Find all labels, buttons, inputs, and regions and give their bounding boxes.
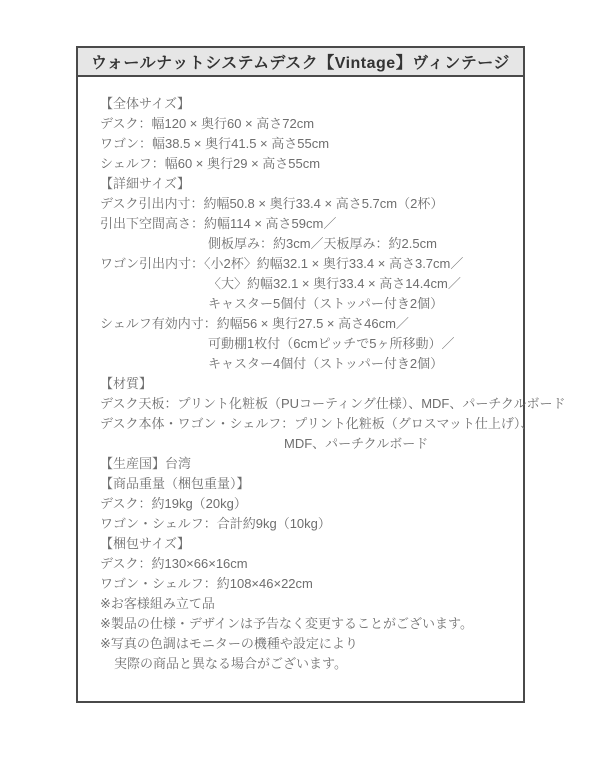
spec-section-heading: 【商品重量（梱包重量）】 (100, 474, 513, 494)
spec-section-heading: 【梱包サイズ】 (100, 534, 513, 554)
spec-line: ワゴン・シェルフ：合計約9kg（10kg） (100, 514, 513, 534)
spec-section-heading: 【生産国】台湾 (100, 454, 513, 474)
spec-line: デスク：約19kg（20kg） (100, 494, 513, 514)
spec-line: デスク本体・ワゴン・シェルフ：プリント化粧板（グロスマット仕上げ）、 (100, 414, 513, 434)
spec-line: 引出下空間高さ：約幅114 × 高さ59cm／ (100, 214, 513, 234)
spec-note-continuation: 実際の商品と異なる場合がございます。 (100, 654, 513, 674)
spec-line: シェルフ有効内寸：約幅56 × 奥行27.5 × 高さ46cm／ (100, 314, 513, 334)
spec-line: デスク：幅120 × 奥行60 × 高さ72cm (100, 114, 513, 134)
spec-note: ※写真の色調はモニターの機種や設定により (100, 634, 513, 654)
product-title-bar: ウォールナットシステムデスク【Vintage】ヴィンテージ (78, 48, 523, 77)
spec-section-heading: 【材質】 (100, 374, 513, 394)
spec-section-heading: 【詳細サイズ】 (100, 174, 513, 194)
spec-line: ワゴン：幅38.5 × 奥行41.5 × 高さ55cm (100, 134, 513, 154)
spec-line-continuation: 可動棚1枚付（6cmピッチで5ヶ所移動）／ (100, 334, 513, 354)
spec-line: ワゴン・シェルフ：約108×46×22cm (100, 574, 513, 594)
spec-line: ワゴン引出内寸：〈小2杯〉約幅32.1 × 奥行33.4 × 高さ3.7cm／ (100, 254, 513, 274)
spec-section-heading: 【全体サイズ】 (100, 94, 513, 114)
spec-line-continuation: 〈大〉約幅32.1 × 奥行33.4 × 高さ14.4cm／ (100, 274, 513, 294)
spec-line: デスク：約130×66×16cm (100, 554, 513, 574)
spec-line-continuation: 側板厚み：約3cm／天板厚み：約2.5cm (100, 234, 513, 254)
spec-note: ※お客様組み立て品 (100, 594, 513, 614)
spec-line: デスク天板：プリント化粧板（PUコーティング仕様）、MDF、パーチクルボード (100, 394, 513, 414)
spec-line-continuation: キャスター4個付（ストッパー付き2個） (100, 354, 513, 374)
spec-line-continuation: MDF、パーチクルボード (100, 434, 513, 454)
spec-body: 【全体サイズ】 デスク：幅120 × 奥行60 × 高さ72cm ワゴン：幅38… (78, 77, 523, 674)
spec-line: シェルフ：幅60 × 奥行29 × 高さ55cm (100, 154, 513, 174)
spec-line: デスク引出内寸：約幅50.8 × 奥行33.4 × 高さ5.7cm（2杯） (100, 194, 513, 214)
spec-line-continuation: キャスター5個付（ストッパー付き2個） (100, 294, 513, 314)
spec-note: ※製品の仕様・デザインは予告なく変更することがございます。 (100, 614, 513, 634)
product-title: ウォールナットシステムデスク【Vintage】ヴィンテージ (91, 50, 510, 73)
spec-panel: ウォールナットシステムデスク【Vintage】ヴィンテージ 【全体サイズ】 デス… (76, 46, 525, 703)
